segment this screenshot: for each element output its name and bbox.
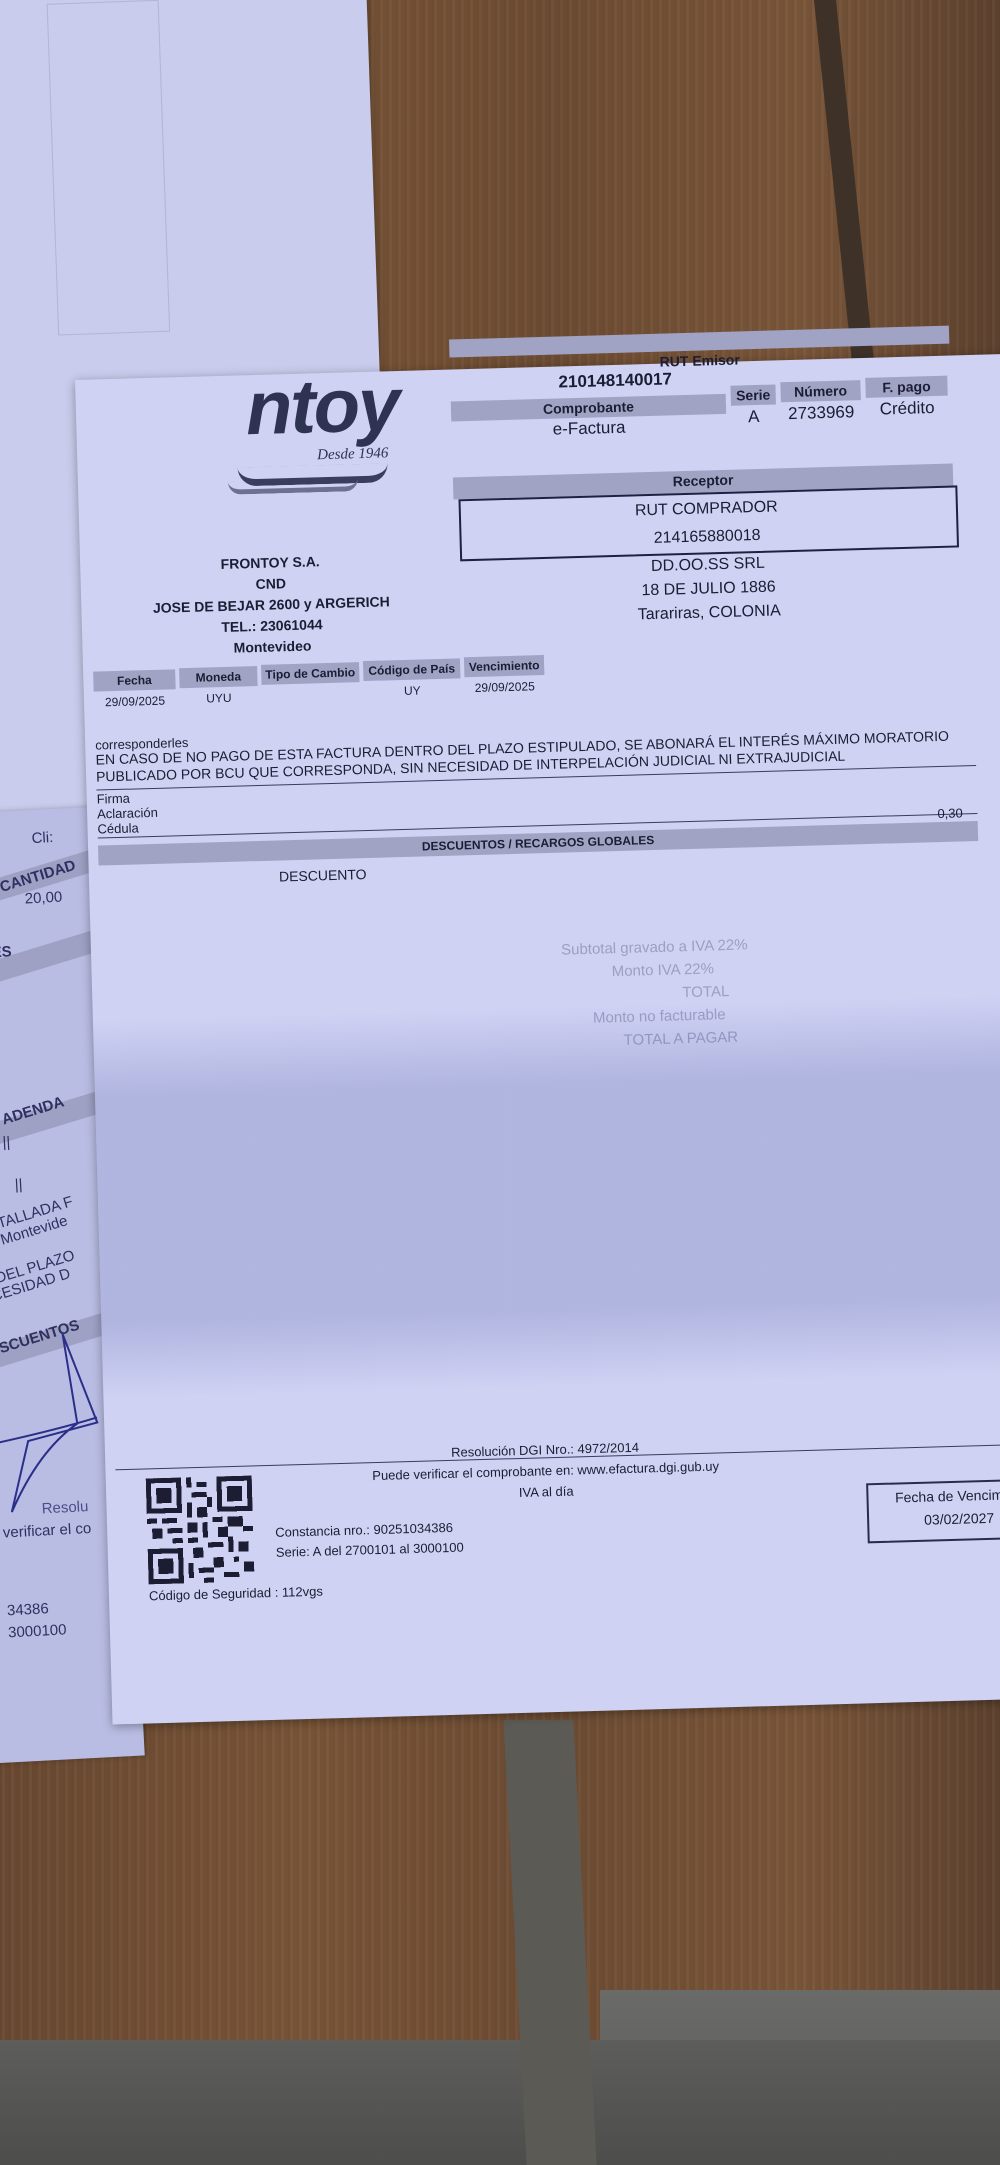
floor-background-left xyxy=(0,2040,1000,2165)
serie-label: Serie xyxy=(730,384,776,405)
faint-iva-label: Monto IVA 22% xyxy=(611,960,714,980)
info-value-fecha: 29/09/2025 xyxy=(94,693,176,709)
qr-code-icon xyxy=(146,1475,255,1584)
cedula-label: Cédula xyxy=(97,820,139,836)
under-text: || xyxy=(14,1176,23,1193)
descuento-valor: 0,30 xyxy=(937,805,963,821)
info-value-moneda: UYU xyxy=(180,690,258,706)
footer-serie-rango: Serie: A del 2700101 al 3000100 xyxy=(276,1540,464,1560)
info-col-vencimiento: Vencimiento xyxy=(464,655,545,677)
forma-pago-label: F. pago xyxy=(865,376,948,398)
forma-pago-value: Crédito xyxy=(866,398,949,420)
under-text: verificar el co xyxy=(2,1520,91,1542)
info-value-codigo-pais: UY xyxy=(364,682,461,699)
firma-label: Firma xyxy=(96,791,130,807)
serie-value: A xyxy=(731,406,777,427)
logo-swoosh xyxy=(228,478,358,495)
info-col-tipo-cambio: Tipo de Cambio xyxy=(261,662,360,685)
info-col-moneda: Moneda xyxy=(179,666,258,688)
under-text: Cli: xyxy=(31,829,54,847)
faint-total-pagar-label: TOTAL A PAGAR xyxy=(623,1029,738,1049)
under-text: 34386 xyxy=(7,1600,50,1619)
aclaracion-label: Aclaración xyxy=(97,805,158,822)
invoice-sheet: ntoy Desde 1946 FRONTOY S.A. CND JOSE DE… xyxy=(75,353,1000,1724)
footer-constancia: Constancia nro.: 90251034386 xyxy=(275,1520,453,1540)
under-text: 20,00 xyxy=(24,889,62,908)
descuento-concepto: DESCUENTO xyxy=(279,866,367,884)
descuentos-header: DESCUENTOS / RECARGOS GLOBALES xyxy=(98,821,978,866)
faint-subtotal-label: Subtotal gravado a IVA 22% xyxy=(561,936,748,958)
faint-total-label: TOTAL xyxy=(682,983,729,1001)
info-value-vencimiento: 29/09/2025 xyxy=(465,679,545,695)
logo-tagline: Desde 1946 xyxy=(317,445,389,464)
logo-wordmark: ntoy xyxy=(245,362,400,451)
under-text: Resolu xyxy=(41,1498,89,1517)
emisor-block: FRONTOY S.A. CND JOSE DE BEJAR 2600 y AR… xyxy=(120,548,423,661)
frontoy-logo: ntoy Desde 1946 xyxy=(245,361,400,452)
paper-fold-shadow xyxy=(93,993,1000,1400)
under-text: || xyxy=(2,1134,11,1151)
info-col-codigo-pais: Código de País xyxy=(363,658,461,681)
under-header-bar xyxy=(0,929,103,994)
reversed-print-ghost xyxy=(47,0,171,336)
footer-codigo-seguridad: Código de Seguridad : 112vgs xyxy=(149,1584,323,1604)
under-text: LES xyxy=(0,943,12,962)
numero-label: Número xyxy=(780,380,861,402)
info-value-tipo-cambio xyxy=(262,686,360,689)
qr-code[interactable] xyxy=(146,1475,255,1584)
numero-value: 2733969 xyxy=(781,402,862,424)
info-col-fecha: Fecha xyxy=(93,669,176,691)
under-text: 3000100 xyxy=(8,1621,67,1641)
